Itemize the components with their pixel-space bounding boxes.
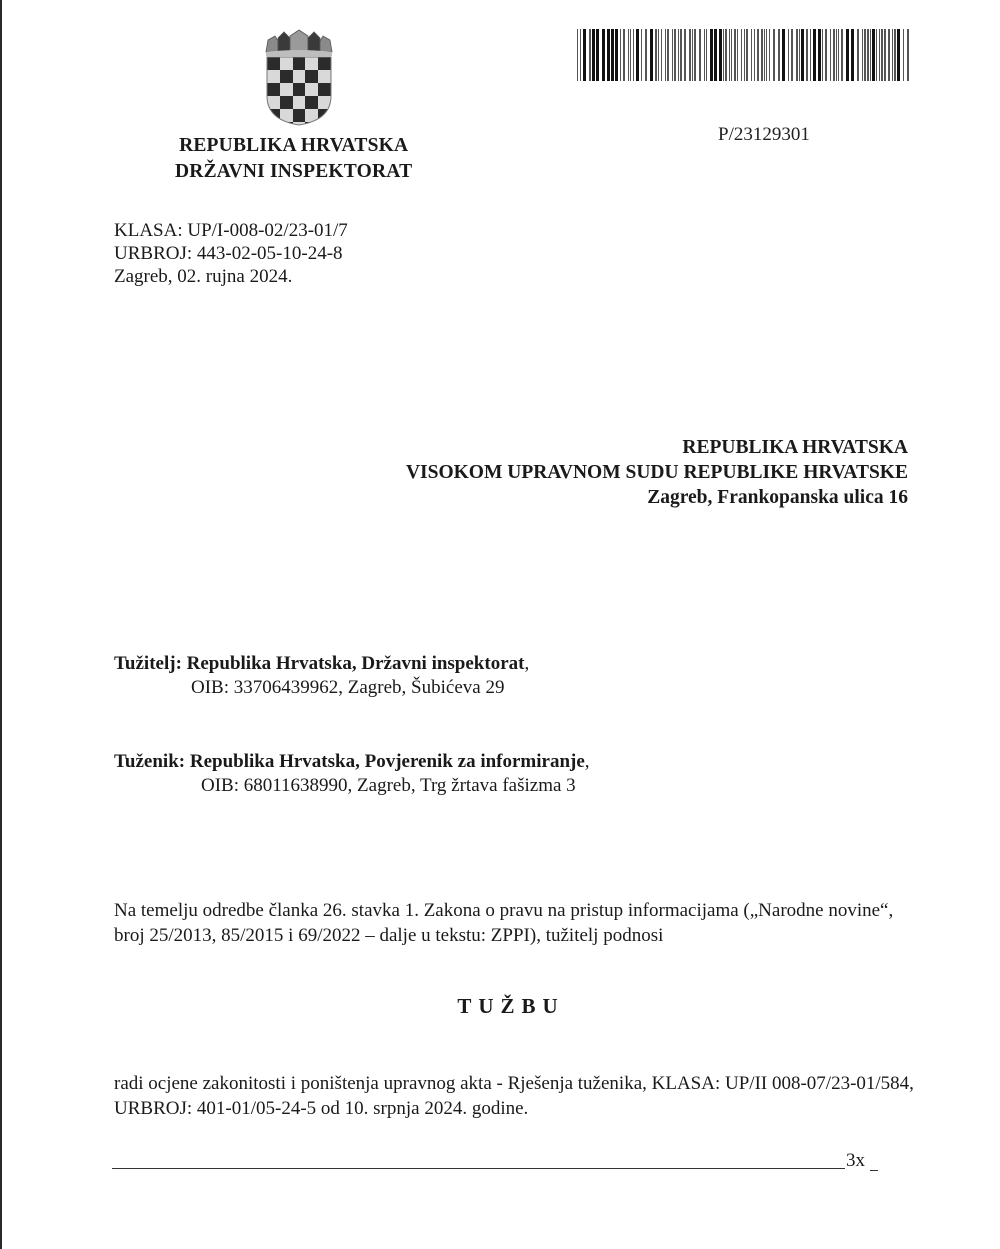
subject-paragraph: radi ocjene zakonitosti i poništenja upr… (114, 1071, 914, 1121)
barcode-icon (575, 29, 910, 81)
plaintiff-name: Republika Hrvatska, Državni inspektorat (182, 653, 525, 674)
reference-block: KLASA: UP/I-008-02/23-01/7 URBROJ: 443-0… (114, 219, 348, 288)
recipient-court: VISOKOM UPRAVNOM SUDU REPUBLIKE HRVATSKE (406, 460, 908, 485)
klasa: KLASA: UP/I-008-02/23-01/7 (114, 219, 348, 242)
issuer-block: REPUBLIKA HRVATSKA DRŽAVNI INSPEKTORAT (175, 133, 412, 185)
copies-underscore (870, 1170, 878, 1171)
defendant-label: Tuženik: (114, 751, 185, 772)
plaintiff-address: OIB: 33706439962, Zagreb, Šubićeva 29 (114, 676, 529, 700)
issuer-country: REPUBLIKA HRVATSKA (175, 133, 412, 159)
recipient-block: REPUBLIKA HRVATSKA VISOKOM UPRAVNOM SUDU… (406, 435, 908, 510)
plaintiff-comma: , (524, 653, 529, 674)
plaintiff-block: Tužitelj: Republika Hrvatska, Državni in… (114, 652, 529, 700)
recipient-address: Zagreb, Frankopanska ulica 16 (406, 485, 908, 510)
plaintiff-label: Tužitelj: (114, 653, 182, 674)
copies-count: 3x (846, 1150, 865, 1172)
issuer-institution: DRŽAVNI INSPEKTORAT (175, 159, 412, 185)
legal-basis-paragraph: Na temelju odredbe članka 26. stavka 1. … (114, 898, 914, 948)
defendant-address: OIB: 68011638990, Zagreb, Trg žrtava faš… (114, 774, 590, 798)
croatian-coat-of-arms-icon (262, 28, 336, 126)
recipient-country: REPUBLIKA HRVATSKA (406, 435, 908, 460)
page-edge (0, 0, 2, 1249)
defendant-comma: , (585, 751, 590, 772)
defendant-block: Tuženik: Republika Hrvatska, Povjerenik … (114, 750, 590, 798)
footer-rule (112, 1168, 845, 1169)
document-number: P/23129301 (718, 124, 810, 146)
urbroj: URBROJ: 443-02-05-10-24-8 (114, 242, 348, 265)
place-date: Zagreb, 02. rujna 2024. (114, 265, 348, 288)
defendant-name: Republika Hrvatska, Povjerenik za inform… (185, 751, 585, 772)
document-title: TUŽBU (0, 994, 1000, 1019)
